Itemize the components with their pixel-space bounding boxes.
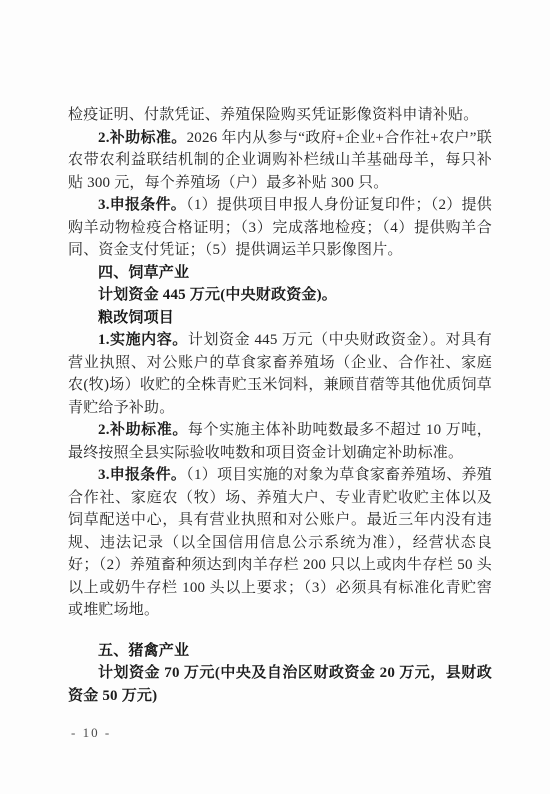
- paragraph-subsidy-standard-forage: 2.补助标准。每个实施主体补助吨数最多不超过 10 万吨，最终按照全县实际验收吨…: [68, 419, 492, 464]
- subsection-heading-grain-to-feed-project: 粮改饲项目: [68, 307, 492, 330]
- paragraph-lead-application-conditions: 3.申报条件。: [98, 197, 186, 213]
- paragraph-planned-fund-forage: 计划资金 445 万元(中央财政资金)。: [68, 284, 492, 307]
- paragraph-lead-application-conditions-forage: 3.申报条件。: [98, 467, 186, 483]
- paragraph-lead-subsidy-standard: 2.补助标准。: [98, 130, 187, 146]
- paragraph-planned-fund-pig-poultry: 计划资金 70 万元(中央及自治区财政资金 20 万元，县财政资金 50 万元): [68, 662, 492, 707]
- section-heading-pig-poultry-industry: 五、猪禽产业: [68, 640, 492, 663]
- document-body: 检疫证明、付款凭证、养殖保险购买凭证影像资料申请补贴。 2.补助标准。2026 …: [68, 104, 492, 707]
- paragraph-application-conditions-goat: 3.申报条件。（1）提供项目申报人身份证复印件；（2）提供购羊动物检疫合格证明；…: [68, 194, 492, 262]
- paragraph-application-conditions-forage: 3.申报条件。（1）项目实施的对象为草食家畜养殖场、养殖合作社、家庭农（牧）场、…: [68, 464, 492, 622]
- paragraph-text-application-conditions-forage: （1）项目实施的对象为草食家畜养殖场、养殖合作社、家庭农（牧）场、养殖大户、专业…: [68, 467, 492, 618]
- document-page: 检疫证明、付款凭证、养殖保险购买凭证影像资料申请补贴。 2.补助标准。2026 …: [0, 0, 550, 794]
- paragraph-subsidy-standard-goat: 2.补助标准。2026 年内从参与“政府+企业+合作社+农户”联农带农利益联结机…: [68, 127, 492, 195]
- paragraph-implementation-content: 1.实施内容。计划资金 445 万元（中央财政资金）。对具有营业执照、对公账户的…: [68, 329, 492, 419]
- page-number: - 10 -: [71, 725, 111, 741]
- paragraph-carryover: 检疫证明、付款凭证、养殖保险购买凭证影像资料申请补贴。: [68, 104, 492, 127]
- paragraph-lead-implementation-content: 1.实施内容。: [98, 332, 188, 348]
- section-heading-forage-industry: 四、饲草产业: [68, 262, 492, 285]
- paragraph-lead-subsidy-standard-forage: 2.补助标准。: [98, 422, 188, 438]
